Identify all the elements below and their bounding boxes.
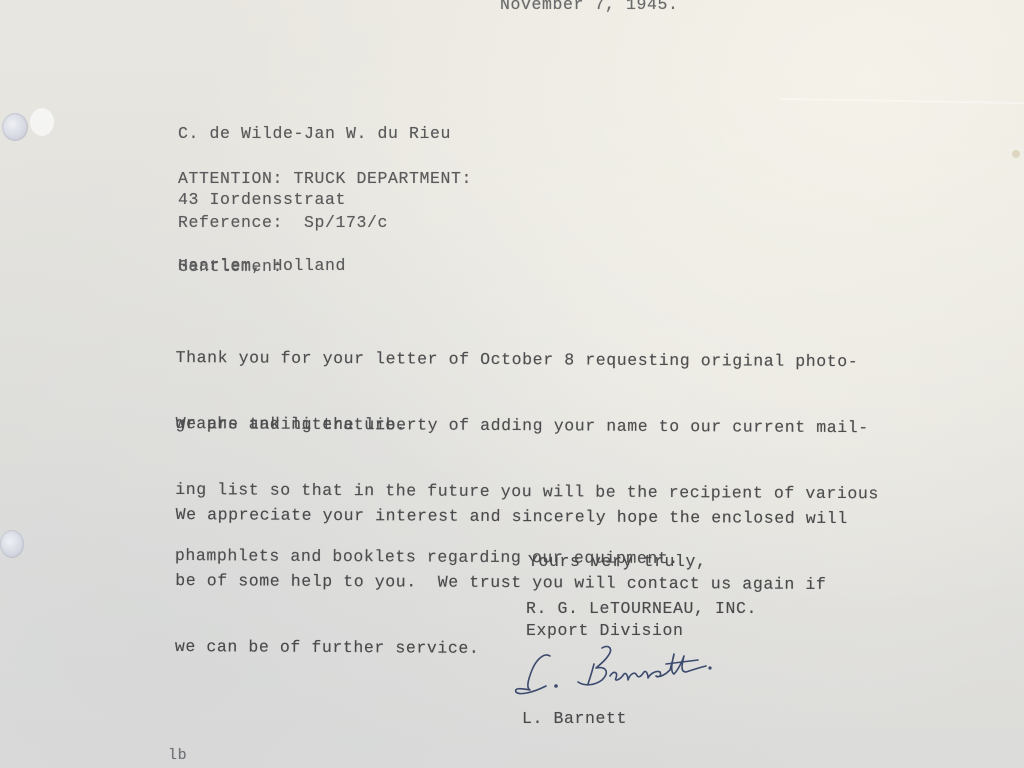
paper-stain — [1012, 150, 1020, 158]
recipient-name: C. de Wilde-Jan W. du Rieu — [178, 123, 451, 145]
paragraph-line: We are taking the liberty of adding your… — [176, 413, 880, 439]
paragraph-line: We appreciate your interest and sincerel… — [176, 504, 848, 530]
recipient-address: C. de Wilde-Jan W. du Rieu 43 Iordensstr… — [178, 79, 451, 321]
paragraph-line: be of some help to you. We trust you wil… — [175, 570, 847, 596]
punch-hole-top — [2, 113, 28, 141]
company-name: R. G. LeTOURNEAU, INC. — [526, 598, 757, 620]
typed-signature: L. Barnett — [522, 708, 627, 730]
punch-hole-reinforcement — [30, 108, 54, 136]
typist-initials: lb — [168, 745, 187, 767]
punch-hole-bottom — [0, 530, 24, 558]
handwritten-signature: L. Barnett — [510, 642, 730, 702]
salutation: Gentlemen: — [178, 256, 283, 278]
letter-paper: November 7, 1945. C. de Wilde-Jan W. du … — [0, 0, 1024, 768]
attention-line: ATTENTION: TRUCK DEPARTMENT: — [178, 168, 472, 190]
recipient-street: 43 Iordensstraat — [178, 189, 451, 211]
letter-date: November 7, 1945. — [500, 0, 679, 16]
paper-fold-crease — [780, 98, 1024, 104]
complimentary-close: Yours very truly, — [528, 551, 707, 573]
reference-line: Reference: Sp/173/c — [178, 212, 388, 234]
